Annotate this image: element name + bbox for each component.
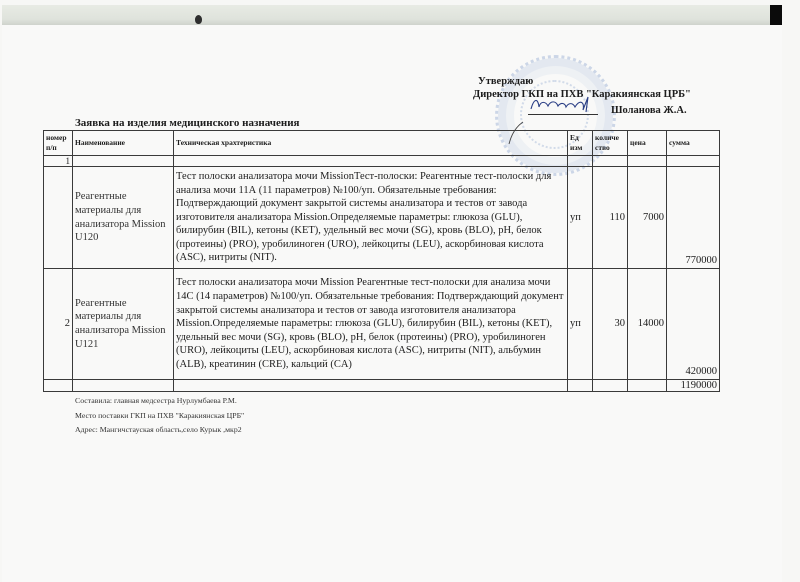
- compiled-by: Составила: главная медсестра Нурлумбаева…: [75, 394, 244, 409]
- scan-speck: [195, 15, 202, 24]
- header-name: Наименование: [73, 131, 174, 156]
- scan-edge-black-mark: [770, 5, 782, 25]
- empty-cell: [628, 380, 667, 392]
- row-price: 14000: [628, 269, 667, 380]
- row-sum: 420000: [667, 269, 720, 380]
- empty-cell: [174, 156, 568, 167]
- row-quantity: 110: [593, 167, 628, 269]
- request-table: номер п/п Наименование Техническая храхт…: [43, 130, 720, 392]
- table-row: 2 Реагентные материалы для анализатора M…: [44, 269, 720, 380]
- signature: [528, 100, 598, 115]
- row-name: Реагентные материалы для анализатора Mis…: [73, 269, 174, 380]
- footer-notes: Составила: главная медсестра Нурлумбаева…: [75, 394, 244, 438]
- total-sum: 1190000: [667, 380, 720, 392]
- header-quantity: количе ство: [593, 131, 628, 156]
- empty-cell: [593, 380, 628, 392]
- header-spec: Техническая храхтеристика: [174, 131, 568, 156]
- delivery-address: Адрес: Мангичстауская область,село Курык…: [75, 423, 244, 438]
- header-unit: Ед изм: [568, 131, 593, 156]
- table-index-row: 1: [44, 156, 720, 167]
- row-sum: 770000: [667, 167, 720, 269]
- signature-scribble-icon: [528, 94, 600, 114]
- header-number: номер п/п: [44, 131, 73, 156]
- scan-edge-top: [2, 5, 770, 25]
- document-title: Заявка на изделия медицинского назначени…: [75, 117, 300, 129]
- approval-position: Директор ГКП на ПХВ "Каракиянская ЦРБ": [473, 88, 733, 101]
- row-quantity: 30: [593, 269, 628, 380]
- row-number: [44, 167, 73, 269]
- approval-block: Утверждаю Директор ГКП на ПХВ "Каракиянс…: [473, 75, 733, 117]
- index-number: 1: [44, 156, 73, 167]
- table-total-row: 1190000: [44, 380, 720, 392]
- approval-signatory: Шоланова Ж.А.: [473, 104, 733, 117]
- empty-cell: [44, 380, 73, 392]
- row-spec: Тест полоски анализатора мочи MissionТес…: [174, 167, 568, 269]
- delivery-place: Место поставки ГКП на ПХВ "Каракиянская …: [75, 409, 244, 424]
- empty-cell: [667, 156, 720, 167]
- row-number: 2: [44, 269, 73, 380]
- header-price: цена: [628, 131, 667, 156]
- approval-heading: Утверждаю: [473, 75, 733, 88]
- empty-cell: [568, 156, 593, 167]
- empty-cell: [628, 156, 667, 167]
- empty-cell: [593, 156, 628, 167]
- row-unit: уп: [568, 269, 593, 380]
- empty-cell: [73, 380, 174, 392]
- empty-cell: [174, 380, 568, 392]
- table-header-row: номер п/п Наименование Техническая храхт…: [44, 131, 720, 156]
- row-unit: уп: [568, 167, 593, 269]
- row-spec: Тест полоски анализатора мочи Mission Ре…: [174, 269, 568, 380]
- header-sum: сумма: [667, 131, 720, 156]
- empty-cell: [73, 156, 174, 167]
- empty-cell: [568, 380, 593, 392]
- table-row: Реагентные материалы для анализатора Mis…: [44, 167, 720, 269]
- row-name: Реагентные материалы для анализатора Mis…: [73, 167, 174, 269]
- row-price: 7000: [628, 167, 667, 269]
